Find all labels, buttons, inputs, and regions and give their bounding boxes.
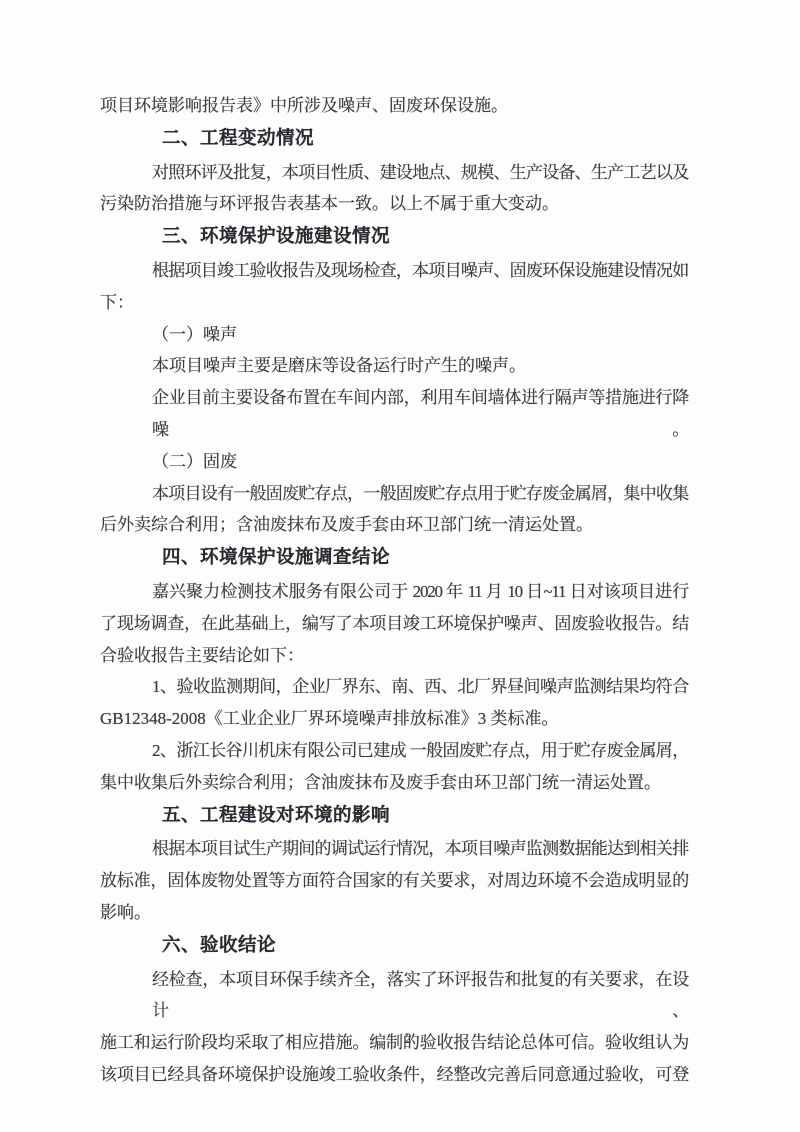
- text-line: 项目环境影响报告表》中所涉及噪声、固废环保设施。: [100, 90, 688, 122]
- section-heading: 六、验收结论: [100, 931, 688, 963]
- text-line: 后外卖综合利用；含油废抹布及废手套由环卫部门统一清运处置。: [100, 509, 688, 541]
- text-line: 了现场调查，在此基础上，编写了本项目竣工环境保护噪声、固废验收报告。结: [100, 608, 688, 640]
- text-line: 对照环评及批复，本项目性质、建设地点、规模、生产设备、生产工艺以及: [100, 157, 688, 189]
- text-line: 根据项目竣工验收报告及现场检查，本项目噪声、固废环保设施建设情况如: [100, 255, 688, 287]
- text-line: 经检查，本项目环保手续齐全，落实了环评报告和批复的有关要求，在设计、: [100, 964, 688, 1028]
- text-line: 1、验收监测期间，企业厂界东、南、西、北厂界昼间噪声监测结果均符合: [100, 671, 688, 703]
- text-line: 影响。: [100, 897, 688, 929]
- text-line: 本项目设有一般固废贮存点，一般固废贮存点用于贮存废金属屑，集中收集: [100, 478, 688, 510]
- text-line: 嘉兴聚力检测技术服务有限公司于 2020 年 11 月 10 日~11 日对该项…: [100, 576, 688, 608]
- section-heading: 二、工程变动情况: [100, 124, 688, 156]
- text-content: 项目环境影响报告表》中所涉及噪声、固废环保设施。二、工程变动情况对照环评及批复，…: [100, 90, 688, 1091]
- section-heading: 三、环境保护设施建设情况: [100, 222, 688, 254]
- text-line: 根据本项目试生产期间的调试运行情况，本项目噪声监测数据能达到相关排: [100, 833, 688, 865]
- text-line: （二）固废: [100, 446, 688, 478]
- text-line: 合验收报告主要结论如下：: [100, 640, 688, 672]
- text-line: 企业目前主要设备布置在车间内部，利用车间墙体进行隔声等措施进行降噪。: [100, 382, 688, 446]
- section-heading: 五、工程建设对环境的影响: [100, 801, 688, 833]
- section-heading: 四、环境保护设施调查结论: [100, 543, 688, 575]
- text-line: 2、浙江长谷川机床有限公司已建成 一般固废贮存点，用于贮存废金属屑，: [100, 735, 688, 767]
- text-line: 集中收集后外卖综合利用；含油废抹布及废手套由环卫部门统一清运处置。: [100, 767, 688, 799]
- text-line: GB12348-2008《工业企业厂界环境噪声排放标准》3 类标准。: [100, 703, 688, 735]
- text-line: 本项目噪声主要是磨床等设备运行时产生的噪声。: [100, 350, 688, 382]
- page-number: 2: [16, 1029, 800, 1049]
- document-page: 项目环境影响报告表》中所涉及噪声、固废环保设施。二、工程变动情况对照环评及批复，…: [0, 0, 800, 1132]
- text-line: 放标准，固体废物处置等方面符合国家的有关要求，对周边环境不会造成明显的: [100, 865, 688, 897]
- text-line: 该项目已经具备环境保护设施竣工验收条件，经整改完善后同意通过验收，可登: [100, 1059, 688, 1091]
- text-line: 污染防治措施与环评报告表基本一致。以上不属于重大变动。: [100, 188, 688, 220]
- text-line: （一）噪声: [100, 319, 688, 351]
- text-line: 下：: [100, 287, 688, 319]
